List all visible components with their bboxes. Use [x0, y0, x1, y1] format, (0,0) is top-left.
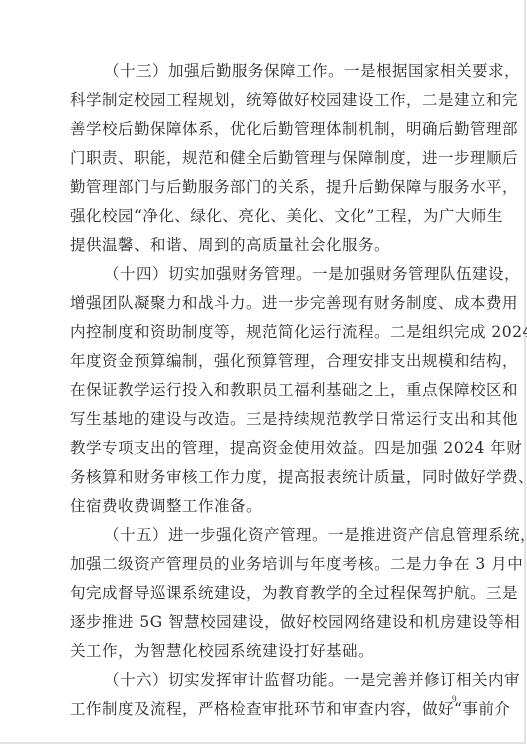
- paragraph-line: 住宿费收费调整工作准备。: [70, 492, 460, 521]
- document-body: （十三）加强后勤服务保障工作。一是根据国家相关要求， 科学制定校园工程规划，统筹…: [70, 57, 460, 724]
- paragraph-line: 年度资金预算编制，强化预算管理，合理安排支出规模和结构，: [70, 347, 460, 376]
- paragraph-line: 强化校园“净化、绿化、亮化、美化、文化”工程，为广大师生: [70, 202, 460, 231]
- paragraph-line: 关工作，为智慧化校园系统建设打好基础。: [70, 637, 460, 666]
- paragraph-line: 旬完成督导巡课系统建设，为教育教学的全过程保驾护航。三是: [70, 579, 460, 608]
- paragraph-line: 增强团队凝聚力和战斗力。进一步完善现有财务制度、成本费用: [70, 289, 460, 318]
- paragraph-line: 善学校后勤保障体系，优化后勤管理体制机制，明确后勤管理部: [70, 115, 460, 144]
- paragraph-logistics: （十三）加强后勤服务保障工作。一是根据国家相关要求， 科学制定校园工程规划，统筹…: [70, 57, 460, 260]
- paragraph-line: 门职责、职能，规范和健全后勤管理与保障制度，进一步理顺后: [70, 144, 460, 173]
- paragraph-line: 工作制度及流程，严格检查审批环节和审查内容，做好“事前介: [70, 695, 460, 724]
- paragraph-audit: （十六）切实发挥审计监督功能。一是完善并修订相关内审 工作制度及流程，严格检查审…: [70, 666, 460, 724]
- paragraph-line: 教学专项支出的管理，提高资金使用效益。四是加强 2024 年财: [70, 434, 460, 463]
- paragraph-line: 写生基地的建设与改造。三是持续规范教学日常运行支出和其他: [70, 405, 460, 434]
- paragraph-finance: （十四）切实加强财务管理。一是加强财务管理队伍建设， 增强团队凝聚力和战斗力。进…: [70, 260, 460, 521]
- paragraph-assets: （十五）进一步强化资产管理。一是推进资产信息管理系统， 加强二级资产管理员的业务…: [70, 521, 460, 666]
- paragraph-line: 提供温馨、和谐、周到的高质量社会化服务。: [70, 231, 460, 260]
- paragraph-line: 在保证教学运行投入和教职员工福利基础之上，重点保障校区和: [70, 376, 460, 405]
- paragraph-line: （十六）切实发挥审计监督功能。一是完善并修订相关内审: [70, 666, 460, 695]
- page-number: 9: [452, 694, 457, 704]
- paragraph-line: （十五）进一步强化资产管理。一是推进资产信息管理系统，: [70, 521, 460, 550]
- paragraph-line: 科学制定校园工程规划，统筹做好校园建设工作，二是建立和完: [70, 86, 460, 115]
- paragraph-line: 加强二级资产管理员的业务培训与年度考核。二是力争在 3 月中: [70, 550, 460, 579]
- paragraph-line: （十四）切实加强财务管理。一是加强财务管理队伍建设，: [70, 260, 460, 289]
- paragraph-line: 逐步推进 5G 智慧校园建设，做好校园网络建设和机房建设等相: [70, 608, 460, 637]
- paragraph-line: 内控制度和资助制度等，规范简化运行流程。二是组织完成 2024: [70, 318, 460, 347]
- paragraph-line: 勤管理部门与后勤服务部门的关系，提升后勤保障与服务水平，: [70, 173, 460, 202]
- document-page: （十三）加强后勤服务保障工作。一是根据国家相关要求， 科学制定校园工程规划，统筹…: [0, 0, 526, 744]
- paragraph-line: （十三）加强后勤服务保障工作。一是根据国家相关要求，: [70, 57, 460, 86]
- paragraph-line: 务核算和财务审核工作力度，提高报表统计质量，同时做好学费、: [70, 463, 460, 492]
